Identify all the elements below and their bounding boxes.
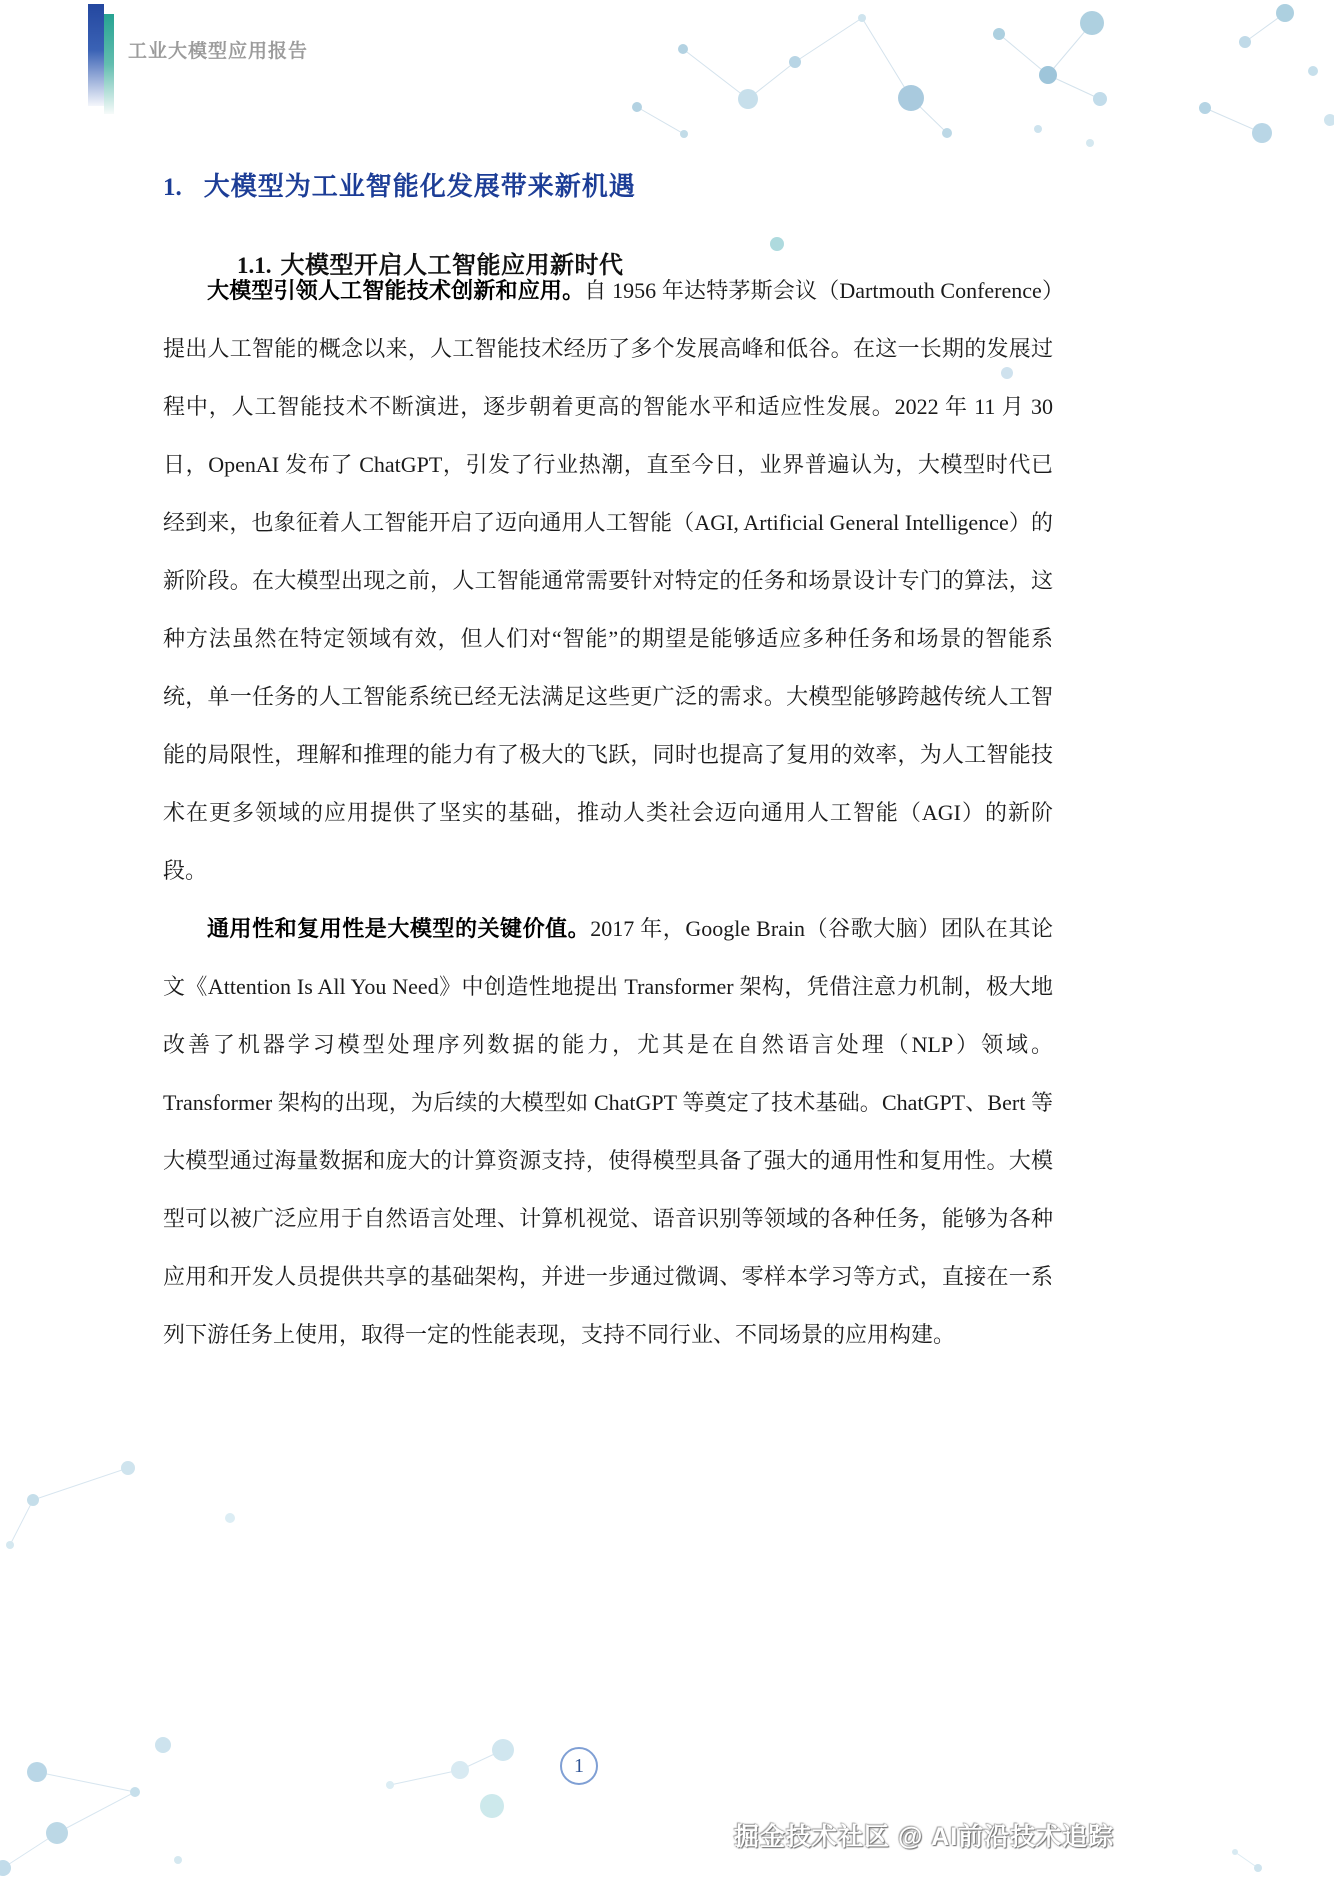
watermark-text: 掘金技术社区 @ AI前沿技术追踪	[734, 1817, 1114, 1853]
header-accent-bar-blue	[88, 4, 104, 106]
paragraph: 通用性和复用性是大模型的关键价值。2017 年，Google Brain（谷歌大…	[163, 900, 1053, 1364]
paragraph-lead-bold: 通用性和复用性是大模型的关键价值。	[207, 916, 590, 941]
document-body: 大模型引领人工智能技术创新和应用。自 1956 年达特茅斯会议（Dartmout…	[163, 262, 1053, 1364]
section-title: 大模型为工业智能化发展带来新机遇	[204, 171, 636, 201]
dot-decoration	[770, 237, 784, 251]
paragraph-text: 2017 年，Google Brain（谷歌大脑）团队在其论文《Attentio…	[163, 916, 1053, 1347]
paragraph: 大模型引领人工智能技术创新和应用。自 1956 年达特茅斯会议（Dartmout…	[163, 262, 1053, 900]
header-accent-bar-teal	[104, 14, 114, 114]
network-decoration-bottom-left	[0, 1440, 560, 1887]
page-number: 1	[574, 1755, 584, 1778]
section-heading: 1.大模型为工业智能化发展带来新机遇	[163, 166, 636, 203]
section-number: 1.	[163, 174, 182, 201]
report-header-title: 工业大模型应用报告	[128, 36, 308, 63]
report-page: 工业大模型应用报告	[0, 0, 1334, 1887]
network-decoration-top-right	[600, 0, 1334, 170]
paragraph-text: 自 1956 年达特茅斯会议（Dartmouth Conference）提出人工…	[163, 278, 1053, 883]
paragraph-lead-bold: 大模型引领人工智能技术创新和应用。	[207, 278, 584, 303]
dot-decoration-bottom-right	[1200, 1830, 1334, 1887]
page-number-badge: 1	[560, 1747, 598, 1785]
